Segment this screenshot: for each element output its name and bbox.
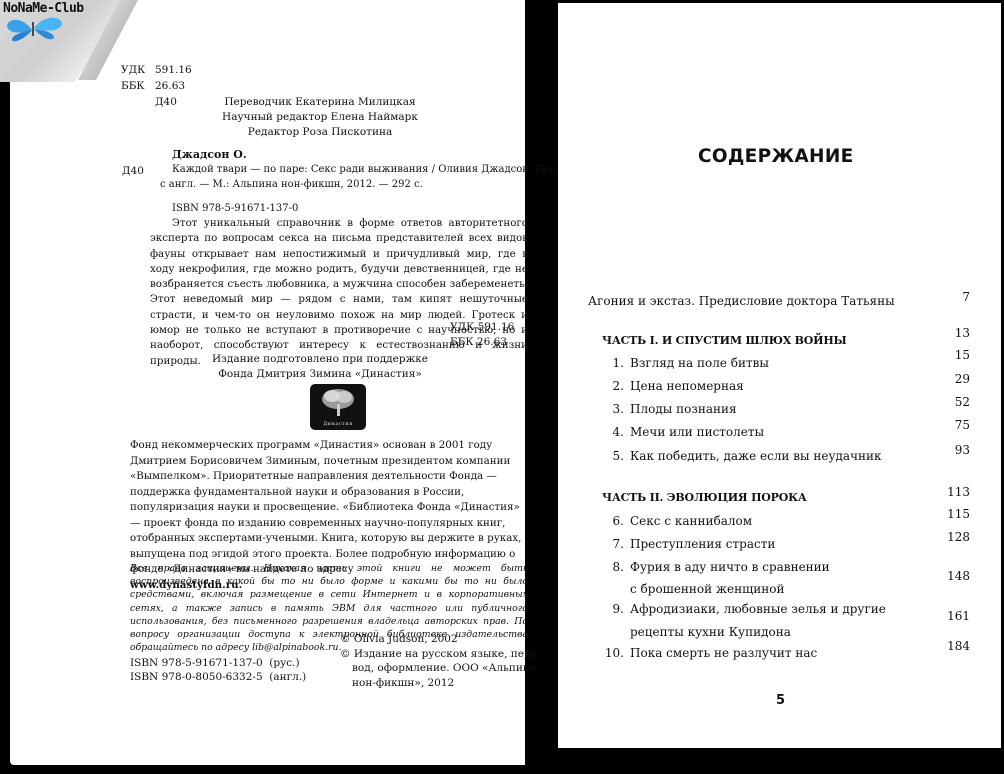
toc-chapter-page: 75 [930,418,970,432]
chapter-title: Секс с каннибалом [630,514,752,528]
toc-chapter[interactable]: 5.Как победить, даже если вы неудачник [602,445,882,467]
toc-chapter[interactable]: 3.Плоды познания [602,398,737,420]
copyright-line-3: вод, оформление. ООО «Альпина [340,661,541,676]
support-note: Издание подготовлено при поддержке Фонда… [210,352,430,382]
toc-chapter[interactable]: 6.Секс с каннибалом [602,510,752,532]
isbn-english: ISBN 978-0-8050-6332-5 (англ.) [130,670,306,684]
toc-chapter-page: 184 [930,639,970,653]
copyright-block: © Olivia Judson, 2002 © Издание на русск… [340,632,541,690]
toc-chapter-page: 148 [930,569,970,583]
toc-chapter[interactable]: 8.Фурия в аду ничто в сравнении [602,556,830,578]
foundation-paragraph: Фонд некоммерческих программ «Династия» … [130,439,521,575]
bbk-label: ББК [121,79,145,94]
chapter-title: Мечи или пистолеты [630,425,764,439]
copyright-author: © Olivia Judson, 2002 [340,632,541,647]
isbn-list: ISBN 978-5-91671-137-0 (рус.) ISBN 978-0… [130,656,306,684]
tree-icon [310,384,366,420]
author-name: Джадсон О. [172,147,247,162]
logo-label: Династия [310,421,366,427]
chapter-number: 4. [602,421,624,443]
udk-label: УДК [121,63,145,78]
credits: Переводчик Екатерина Милицкая Научный ре… [200,95,440,140]
toc-chapter-page: 115 [930,507,970,521]
toc-chapter-page: 128 [930,530,970,544]
chapter-title: Преступления страсти [630,537,775,551]
toc-chapter[interactable]: 9.Афродизиаки, любовные зелья и другие [602,598,886,620]
support-line-1: Издание подготовлено при поддержке [210,352,430,367]
support-line-2: Фонда Дмитрия Зимина «Династия» [210,367,430,382]
chapter-number: 2. [602,375,624,397]
bibliographic-line-2: с англ. — М.: Альпина нон-фикшн, 2012. —… [160,177,423,192]
chapter-number: 8. [602,556,624,578]
author-code: Д40 [155,95,177,110]
chapter-title-cont[interactable]: рецепты кухни Купидона [630,621,791,643]
toc-chapter-page: 93 [930,443,970,457]
chapter-title: Афродизиаки, любовные зелья и другие [630,602,886,616]
chapter-number: 6. [602,510,624,532]
toc-chapter-page: 161 [930,609,970,623]
credit-editor: Редактор Роза Пискотина [200,125,440,140]
left-page-copyright: УДК 591.16 ББК 26.63 Д40 Переводчик Екат… [10,0,525,765]
chapter-title: Как победить, даже если вы неудачник [630,449,882,463]
toc-part-page: 13 [930,326,970,340]
chapter-title: Пока смерть не разлучит нас [630,646,817,660]
toc-chapter[interactable]: 1.Взгляд на поле битвы [602,352,769,374]
toc-chapter[interactable]: 7.Преступления страсти [602,533,775,555]
chapter-number: 3. [602,398,624,420]
toc-part-page: 113 [930,485,970,499]
credit-translator: Переводчик Екатерина Милицкая [200,95,440,110]
chapter-number: 1. [602,352,624,374]
copyright-line-4: нон-фикшн», 2012 [340,676,541,691]
right-page-contents: СОДЕРЖАНИЕ Агония и экстаз. Предисловие … [558,3,1001,748]
toc-chapter[interactable]: 4.Мечи или пистолеты [602,421,764,443]
toc-part-2[interactable]: ЧАСТЬ II. ЭВОЛЮЦИЯ ПОРОКА [602,487,807,509]
bbk-value: 26.63 [155,79,185,94]
toc-chapter-page: 15 [930,348,970,362]
udk-value: 591.16 [155,63,192,78]
dynasty-logo: Династия [310,384,366,430]
chapter-number: 10. [602,642,624,664]
toc-chapter[interactable]: 10.Пока смерть не разлучит нас [602,642,817,664]
page-number: 5 [776,693,785,708]
toc-chapter[interactable]: 2.Цена непомерная [602,375,744,397]
toc-title: СОДЕРЖАНИЕ [698,146,854,167]
copyright-line-2: © Издание на русском языке, пере- [340,647,541,662]
bibliographic-line-1: Каждой твари — по паре: Секс ради выжива… [172,162,560,177]
chapter-title-cont[interactable]: с брошенной женщиной [630,578,784,600]
chapter-number: 9. [602,598,624,620]
chapter-title: Плоды познания [630,402,737,416]
toc-preface[interactable]: Агония и экстаз. Предисловие доктора Тат… [588,290,895,312]
isbn-russian: ISBN 978-5-91671-137-0 (рус.) [130,656,306,670]
butterfly-icon [4,14,64,46]
chapter-title: Цена непомерная [630,379,744,393]
chapter-number: 5. [602,445,624,467]
credit-science-editor: Научный редактор Елена Наймарк [200,110,440,125]
toc-chapter-page: 29 [930,372,970,386]
chapter-number: 7. [602,533,624,555]
udk-right: УДК 591.16 [450,320,514,335]
toc-chapter-page: 52 [930,395,970,409]
isbn: ISBN 978-5-91671-137-0 [172,201,298,216]
bbk-right: ББК 26.63 [450,335,507,350]
side-code: Д40 [122,164,144,179]
toc-preface-page: 7 [930,290,970,304]
chapter-title: Фурия в аду ничто в сравнении [630,560,830,574]
chapter-title: Взгляд на поле битвы [630,356,769,370]
toc-part-1[interactable]: ЧАСТЬ I. И СПУСТИМ ШЛЮХ ВОЙНЫ [602,330,847,352]
